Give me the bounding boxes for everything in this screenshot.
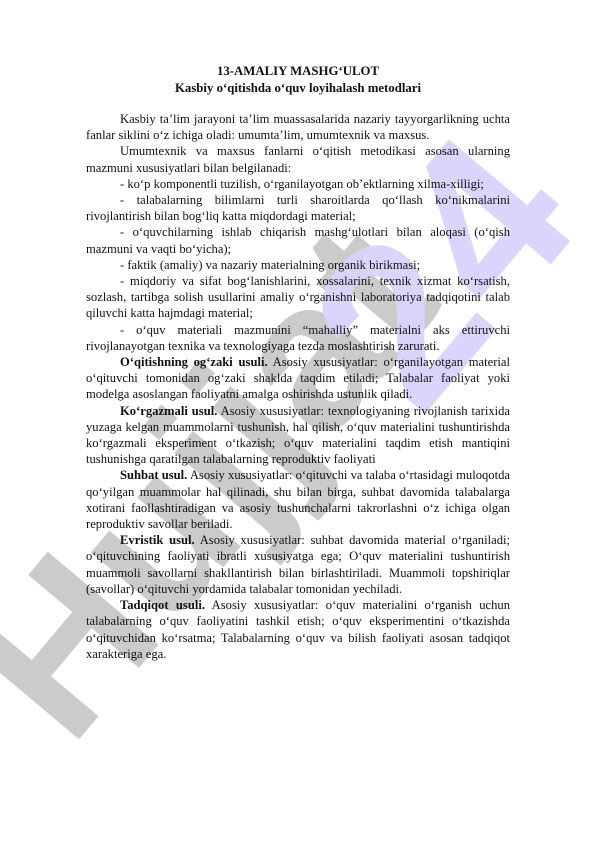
paragraph-text: Umumtexnik va maxsus fanlarni o‘qitish m… — [86, 144, 510, 174]
paragraph: - faktik (amaliy) va nazariy materialnin… — [86, 257, 510, 273]
paragraph-text: - talabalarning bilimlarni turli sharoit… — [86, 193, 510, 223]
paragraph-text: Kasbiy ta’lim jarayoni ta’lim muassasala… — [86, 112, 510, 142]
paragraph: Ko‘rgazmali usul. Asosiy xususiyatlar: t… — [86, 403, 510, 468]
paragraph: - o‘quv materiali mazmunini “mahalliy” m… — [86, 322, 510, 354]
paragraph-lead: Suhbat usul. — [120, 468, 187, 482]
paragraph: Umumtexnik va maxsus fanlarni o‘qitish m… — [86, 143, 510, 175]
document-page: Hujjat 24 13-AMALIY MASHG‘ULOT Kasbiy o‘… — [0, 0, 596, 842]
paragraph: - miqdoriy va sifat bog‘lanishlarini, xo… — [86, 273, 510, 322]
paragraph-text: - o‘quvchilarning ishlab chiqarish mashg… — [86, 225, 510, 255]
paragraph: - talabalarning bilimlarni turli sharoit… — [86, 192, 510, 224]
paragraph-text: - faktik (amaliy) va nazariy materialnin… — [120, 258, 420, 272]
document-body: 13-AMALIY MASHG‘ULOT Kasbiy o‘qitishda o… — [86, 63, 510, 662]
paragraph: Tadqiqot usuli. Asosiy xususiyatlar: o‘q… — [86, 597, 510, 662]
paragraph-list: Kasbiy ta’lim jarayoni ta’lim muassasala… — [86, 111, 510, 662]
paragraph-lead: Evristik usul. — [120, 533, 195, 547]
paragraph: Suhbat usul. Asosiy xususiyatlar: o‘qitu… — [86, 467, 510, 532]
paragraph: - o‘quvchilarning ishlab chiqarish mashg… — [86, 224, 510, 256]
paragraph-text: - o‘quv materiali mazmunini “mahalliy” m… — [86, 323, 510, 353]
paragraph-lead: Ko‘rgazmali usul. — [120, 404, 217, 418]
paragraph: Kasbiy ta’lim jarayoni ta’lim muassasala… — [86, 111, 510, 143]
paragraph-lead: Tadqiqot usuli. — [120, 598, 205, 612]
page-title: 13-AMALIY MASHG‘ULOT — [86, 63, 510, 80]
page-subtitle: Kasbiy o‘qitishda o‘quv loyihalash metod… — [86, 80, 510, 97]
paragraph: O‘qitishning og‘zaki usuli. Asosiy xusus… — [86, 354, 510, 403]
paragraph-lead: O‘qitishning og‘zaki usuli. — [120, 355, 268, 369]
paragraph-text: - ko‘p komponentli tuzilish, o‘rganilayo… — [120, 177, 484, 191]
paragraph: - ko‘p komponentli tuzilish, o‘rganilayo… — [86, 176, 510, 192]
paragraph-text: - miqdoriy va sifat bog‘lanishlarini, xo… — [86, 274, 510, 320]
paragraph: Evristik usul. Asosiy xususiyatlar: suhb… — [86, 532, 510, 597]
